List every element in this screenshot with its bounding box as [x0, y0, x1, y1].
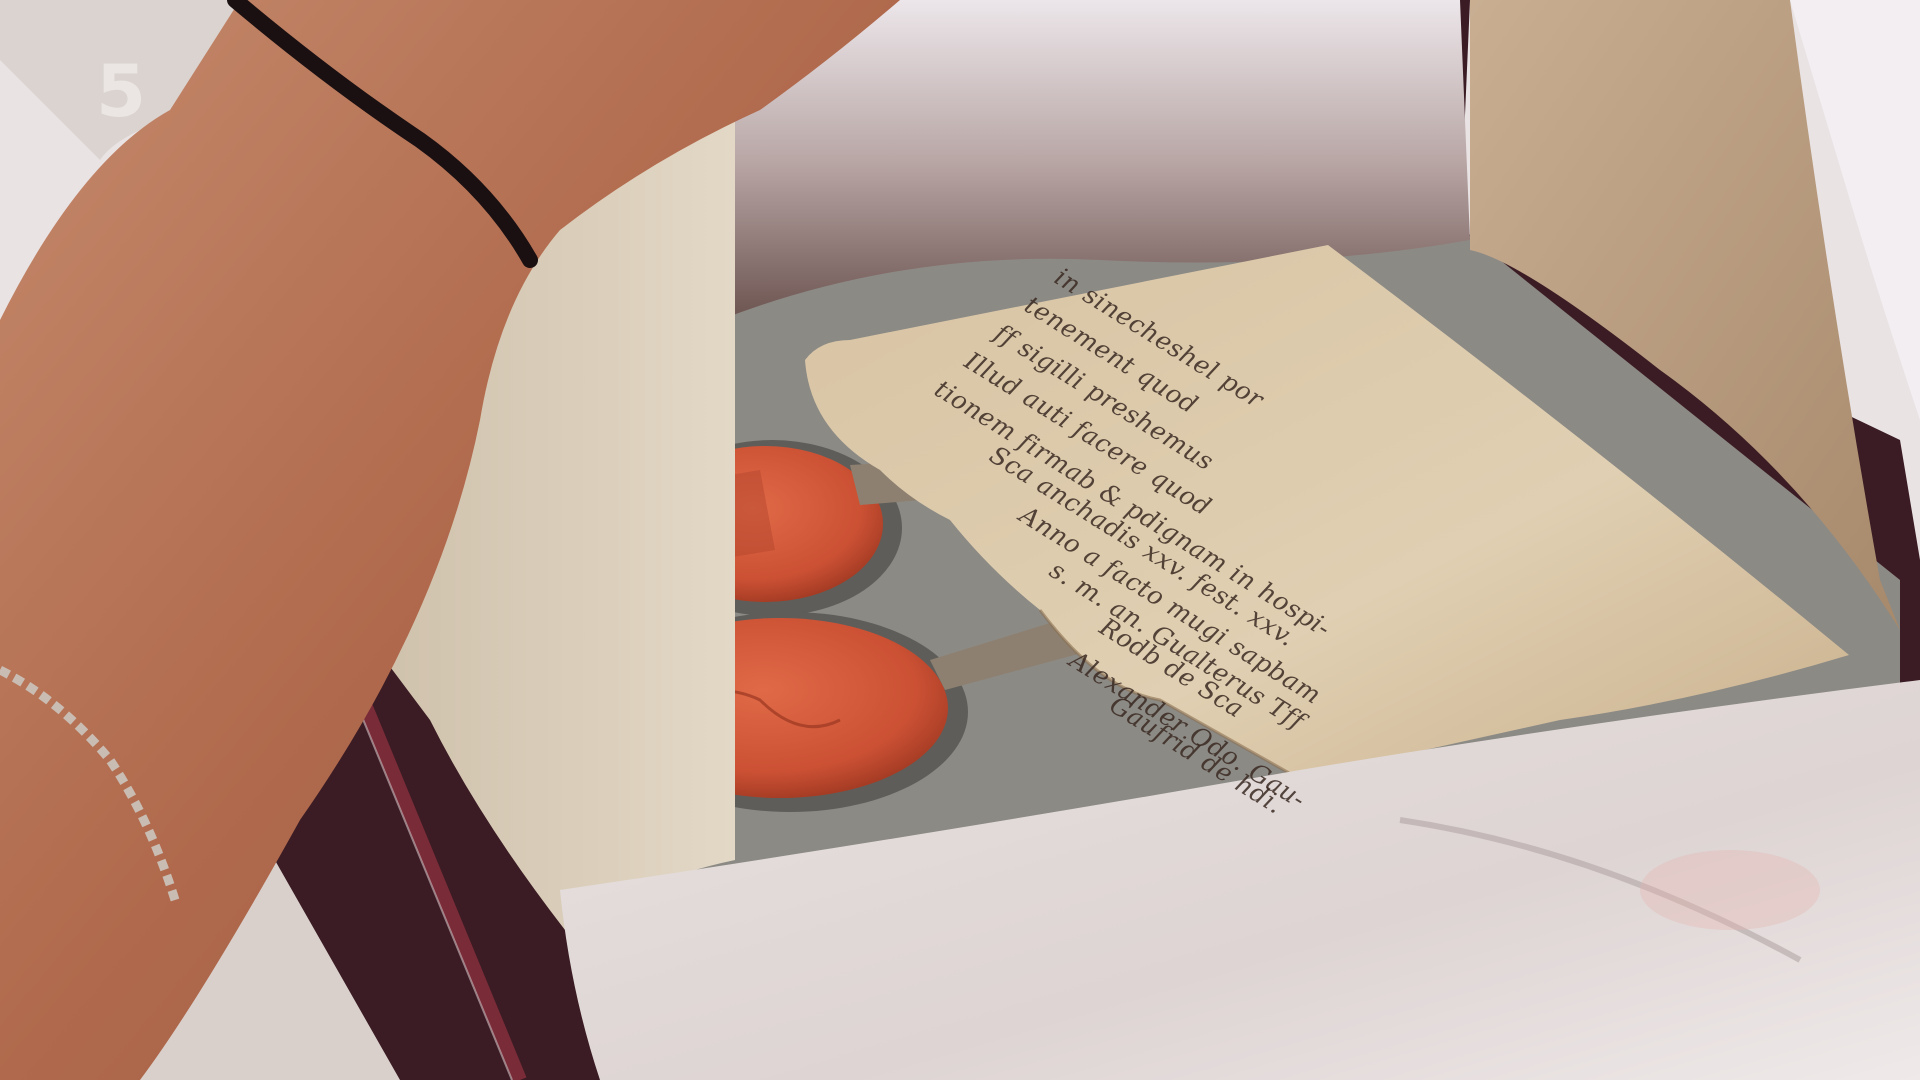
channel-5-logo: 5 — [96, 58, 144, 124]
photo-scene — [0, 0, 1920, 1080]
